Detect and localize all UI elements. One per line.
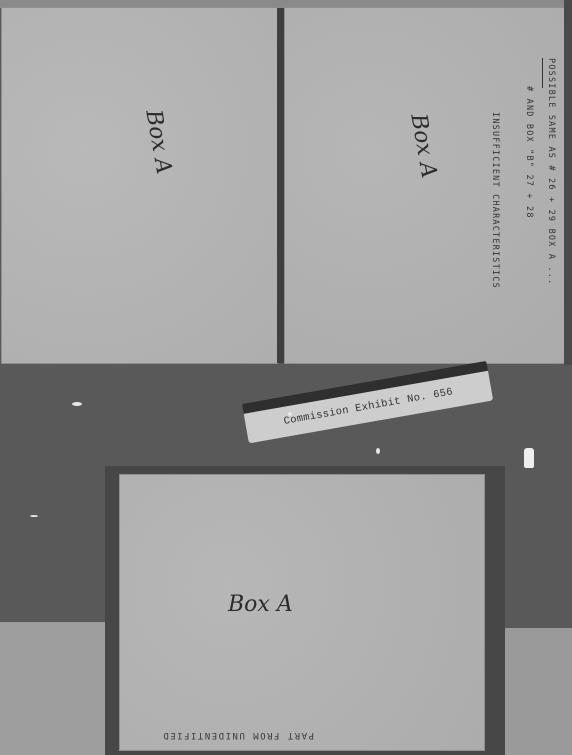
dust-speck — [72, 402, 82, 406]
card-note-line-3: INSUFFICIENT CHARACTERISTICS — [490, 112, 500, 289]
background-card-lower-right — [500, 628, 572, 755]
top-edge — [0, 0, 572, 8]
dust-speck — [288, 412, 292, 416]
card-top-left — [2, 8, 277, 363]
exhibit-label: Commission Exhibit No. 656 — [242, 361, 492, 440]
background-card-lower-left — [0, 622, 118, 755]
card-note-line-1: POSSIBLE SAME AS # 26 + 29 BOX A ... — [546, 58, 556, 285]
card-top-right — [285, 8, 564, 363]
dust-speck — [30, 515, 38, 517]
white-mark — [524, 448, 534, 468]
dust-speck — [376, 448, 380, 454]
card-bottom-handwriting: Box A — [228, 592, 293, 617]
card-note-line-2: # AND BOX "B" 27 + 28 — [524, 86, 534, 219]
card-bottom — [120, 475, 484, 750]
card-gap — [277, 8, 285, 363]
card-bottom-upside-down-note: PART FROM UNIDENTIFIED — [124, 730, 314, 740]
note-underline — [542, 58, 543, 88]
exhibit-photograph: Box A Box A POSSIBLE SAME AS # 26 + 29 B… — [0, 0, 572, 755]
right-edge-shadow — [564, 0, 572, 365]
